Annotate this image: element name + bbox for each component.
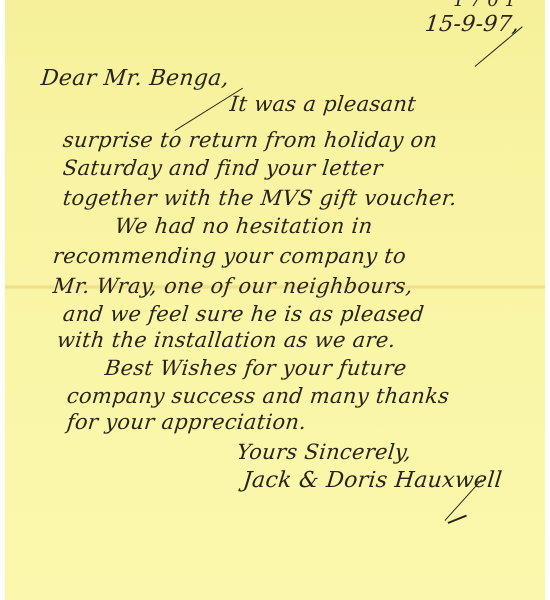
body-line-7: Mr. Wray, one of our neighbours, — [52, 274, 414, 298]
salutation: Dear Mr. Benga, — [40, 66, 231, 91]
body-line-10: Best Wishes for your future — [104, 356, 408, 380]
body-line-9: with the installation as we are. — [56, 328, 397, 352]
signature: Jack & Doris Hauxwell — [242, 468, 504, 493]
body-line-8: and we feel sure he is as pleased — [62, 302, 426, 326]
body-line-4: together with the MVS gift voucher. — [62, 186, 458, 210]
header-fragment: 1 7 0 1 — [453, 0, 516, 11]
letter-date: 15-9-97, — [424, 12, 521, 37]
closing: Yours Sincerely, — [236, 440, 413, 464]
body-line-5: We had no hesitation in — [114, 214, 374, 238]
body-line-12: for your appreciation. — [66, 410, 308, 434]
body-line-3: Saturday and find your letter — [62, 156, 384, 180]
signature-underline — [448, 515, 467, 525]
body-line-11: company success and many thanks — [66, 384, 451, 408]
body-line-2: surprise to return from holiday on — [62, 128, 439, 152]
body-line-1: It was a pleasant — [229, 92, 418, 116]
body-line-6: recommending your company to — [52, 244, 408, 268]
letter-page: 1 7 0 1 15-9-97, Dear Mr. Benga, It was … — [5, 0, 545, 600]
